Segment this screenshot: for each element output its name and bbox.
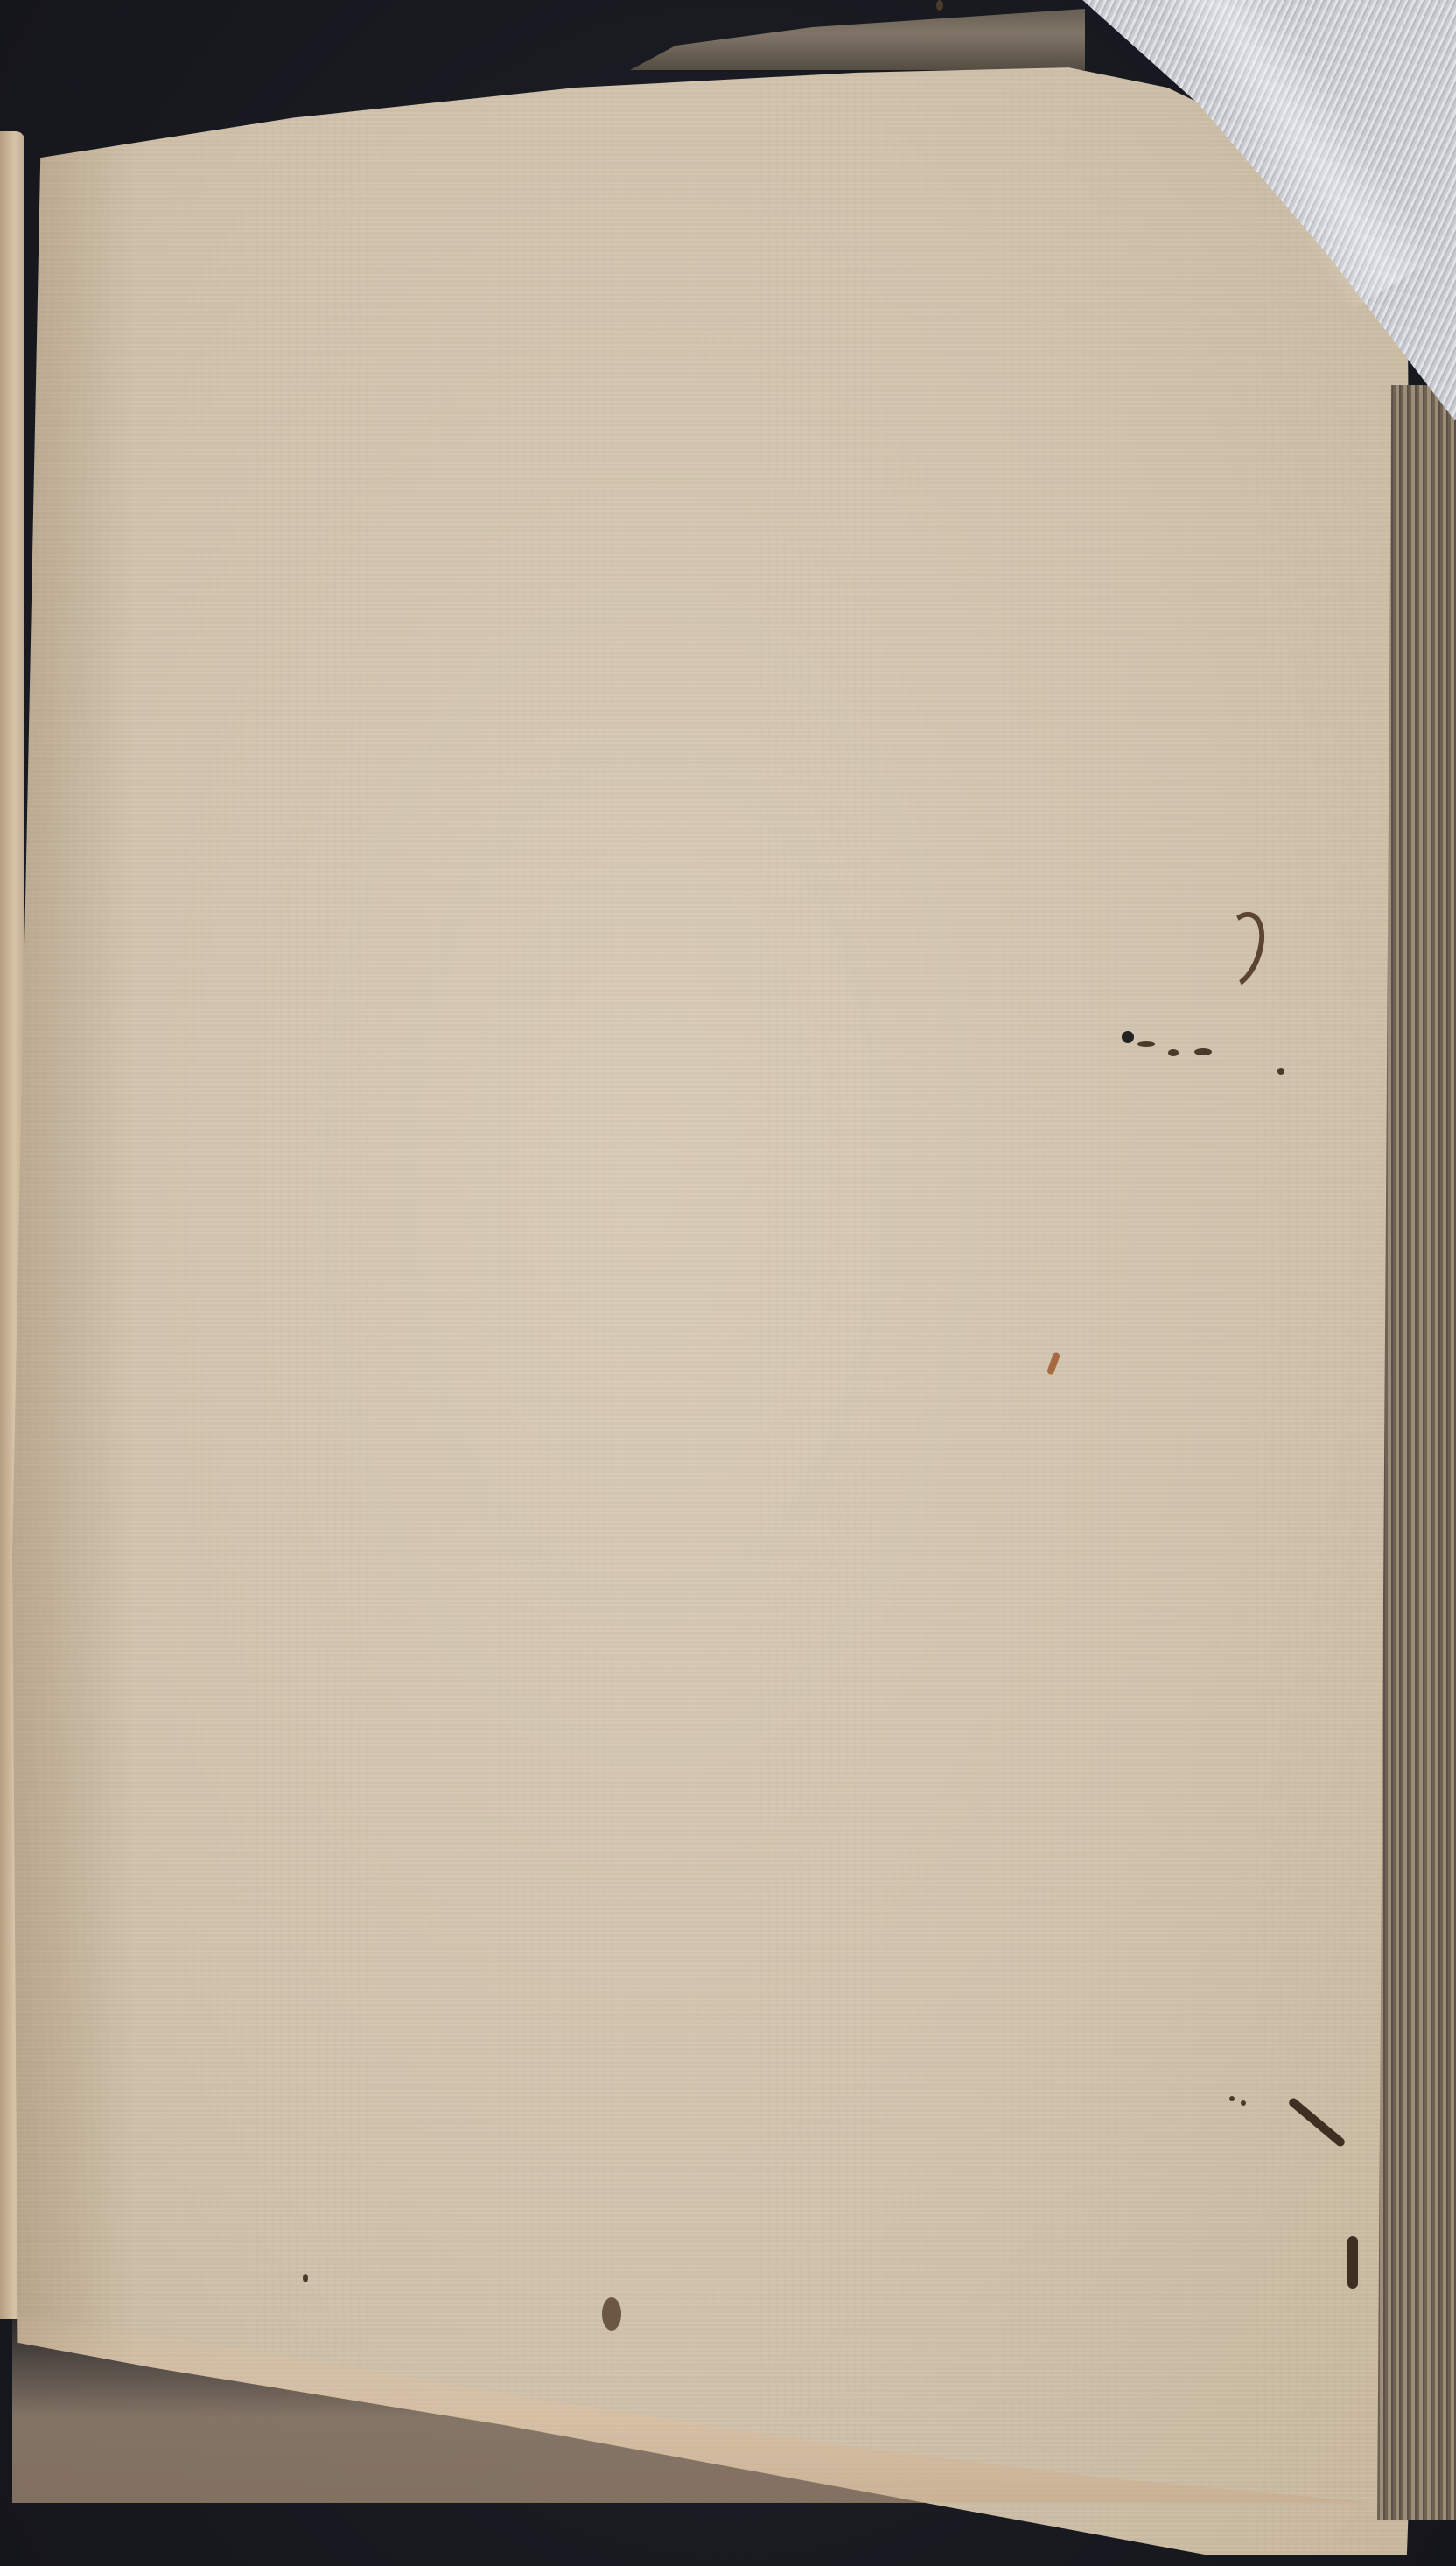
- wormhole-mark: [1229, 2096, 1235, 2101]
- speck-mark: [936, 0, 943, 11]
- wormhole-mark: [1122, 1031, 1134, 1043]
- wormhole-mark: [1347, 2236, 1358, 2289]
- wormhole-mark: [1241, 2100, 1246, 2106]
- blank-page: [12, 53, 1421, 2555]
- speck-mark: [1277, 1068, 1284, 1075]
- paper-texture: [12, 53, 1421, 2555]
- wormhole-mark: [1168, 1049, 1179, 1056]
- wormhole-mark: [1137, 1041, 1155, 1047]
- wormhole-mark: [1194, 1048, 1212, 1055]
- book-photo: [0, 0, 1456, 2566]
- speck-mark: [303, 2274, 308, 2282]
- wormhole-mark: [602, 2297, 621, 2331]
